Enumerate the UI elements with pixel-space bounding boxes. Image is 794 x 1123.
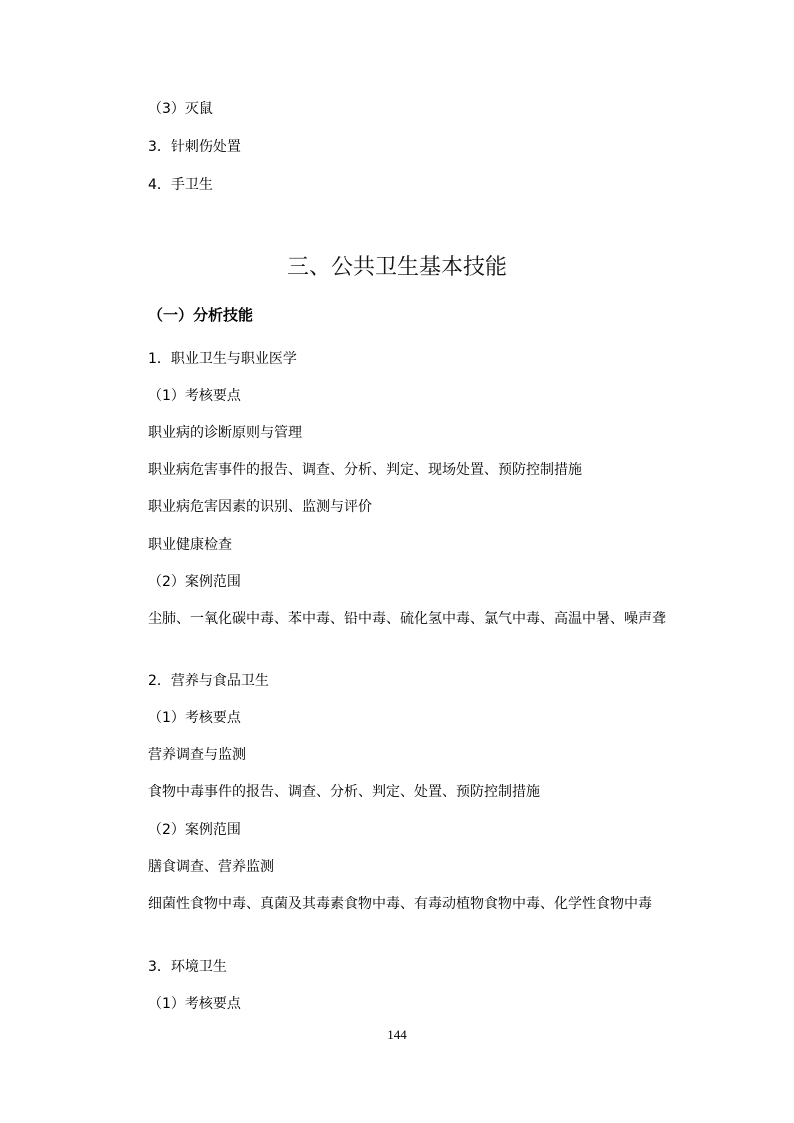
nutrition-case: 膳食调查、营养监测	[148, 858, 274, 876]
nutrition-heading: 2．营养与食品卫生	[148, 672, 269, 690]
nutrition-case: 细菌性食物中毒、真菌及其毒素食物中毒、有毒动植物食物中毒、化学性食物中毒	[118, 893, 666, 915]
nutrition-cases-label: （2）案例范围	[148, 821, 241, 839]
item-hand-hygiene: 4．手卫生	[148, 176, 213, 194]
occupational-heading: 1．职业卫生与职业医学	[148, 350, 297, 368]
environment-heading: 3．环境卫生	[148, 958, 227, 976]
section-title: 三、公共卫生基本技能	[0, 254, 794, 282]
occupational-point: 职业健康检查	[148, 536, 232, 554]
environment-points-label: （1）考核要点	[148, 995, 241, 1013]
item-rodent-control: （3）灭鼠	[148, 100, 213, 118]
occupational-cases: 尘肺、一氧化碳中毒、苯中毒、铅中毒、硫化氢中毒、氯气中毒、高温中暑、噪声聋	[118, 608, 666, 630]
nutrition-point: 食物中毒事件的报告、调查、分析、判定、处置、预防控制措施	[148, 783, 540, 801]
occupational-point: 职业病的诊断原则与管理	[148, 424, 302, 442]
nutrition-point: 营养调查与监测	[148, 746, 246, 764]
occupational-points-label: （1）考核要点	[148, 387, 241, 405]
item-needlestick: 3．针刺伤处置	[148, 138, 241, 156]
subsection-heading: （一）分析技能	[148, 306, 253, 324]
occupational-cases-label: （2）案例范围	[148, 573, 241, 591]
occupational-point: 职业病危害因素的识别、监测与评价	[148, 498, 372, 516]
page-number: 144	[0, 1027, 794, 1043]
nutrition-points-label: （1）考核要点	[148, 709, 241, 727]
occupational-point: 职业病危害事件的报告、调查、分析、判定、现场处置、预防控制措施	[148, 461, 582, 479]
